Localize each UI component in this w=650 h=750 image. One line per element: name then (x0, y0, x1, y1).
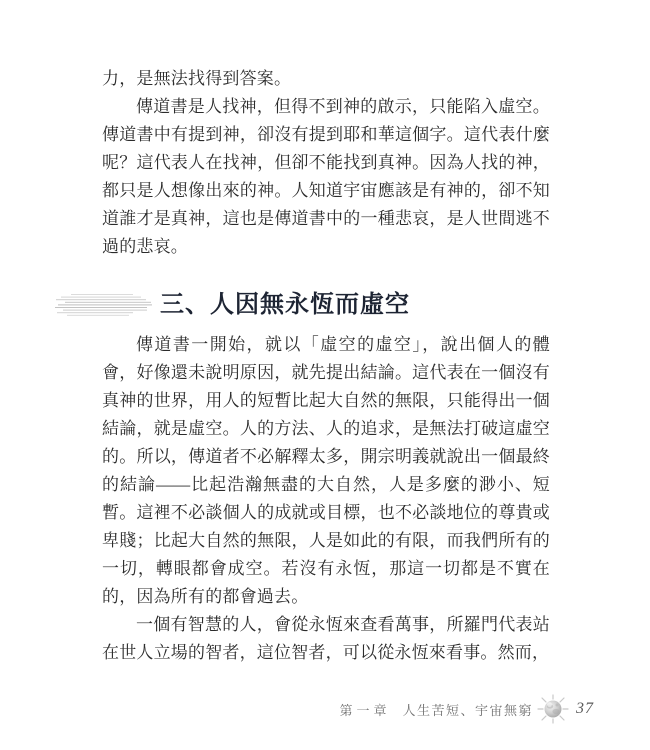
body-paragraph-1: 力，是無法找得到答案。 (102, 65, 550, 93)
chapter-label: 第一章 (339, 700, 390, 719)
body-paragraph-3: 傳道書一開始，就以「虛空的虛空」，說出個人的體會，好像還未說明原因，就先提出結論… (102, 331, 550, 611)
brush-stroke-icon (55, 292, 152, 318)
chapter-title: 人生苦短、宇宙無窮 (402, 700, 533, 719)
book-page: 力，是無法找得到答案。 傳道書是人找神，但得不到神的啟示，只能陷入虛空。傳道書中… (0, 0, 650, 750)
page-number: 37 (576, 700, 594, 718)
body-paragraph-4: 一個有智慧的人，會從永恆來查看萬事，所羅門代表站在世人立場的智者，這位智者，可以… (102, 611, 550, 667)
globe-icon (537, 694, 571, 724)
text-block-top: 力，是無法找得到答案。 傳道書是人找神，但得不到神的啟示，只能陷入虛空。傳道書中… (102, 65, 550, 261)
text-block-bottom: 傳道書一開始，就以「虛空的虛空」，說出個人的體會，好像還未說明原因，就先提出結論… (102, 331, 550, 667)
body-paragraph-2: 傳道書是人找神，但得不到神的啟示，只能陷入虛空。傳道書中有提到神，卻沒有提到耶和… (102, 93, 550, 261)
page-footer: 第一章 人生苦短、宇宙無窮 (0, 694, 594, 724)
section-heading: 三、人因無永恆而虛空 (160, 288, 410, 322)
section-heading-row: 三、人因無永恆而虛空 (55, 288, 410, 322)
